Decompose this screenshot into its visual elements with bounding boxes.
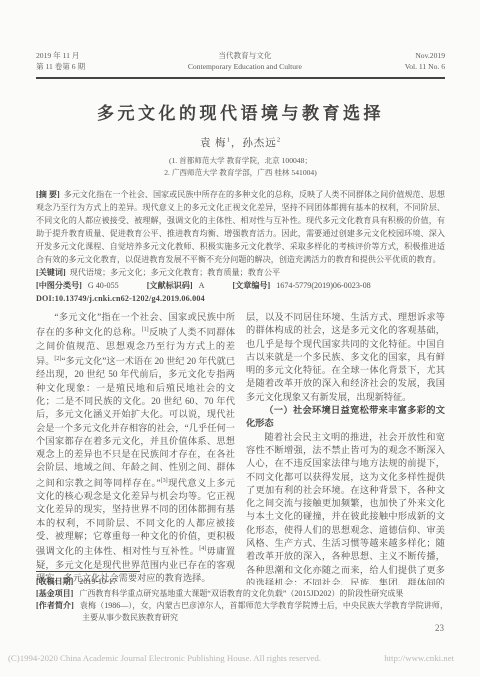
doi: DOI:10.13749/j.cnki.cn62-1202/g4.2019.06… (36, 292, 445, 305)
abstract-text: 多元文化指在一个社会、国家或民族中所存在的多种文化的总称，反映了人类不同群体之间… (36, 190, 445, 264)
subsection-heading-1: （一）社会环境日益宽松带来丰富多彩的文化形态 (246, 404, 445, 431)
footnote-divider (36, 571, 140, 572)
abstract: [摘 要]多元文化指在一个社会、国家或民族中所存在的多种文化的总称，反映了人类不… (36, 188, 445, 266)
paragraph-3: 随着社会民主文明的推进，社会开放性和宽容性不断增强，法不禁止皆可为的观念不断深入… (246, 431, 445, 585)
author-name-2: 孙杰远 (242, 138, 277, 149)
journal-volume-en: Vol. 11 No. 6 (405, 61, 445, 72)
journal-title-en: Contemporary Education and Culture (188, 61, 302, 72)
article-meta: [摘 要]多元文化指在一个社会、国家或民族中所存在的多种文化的总称，反映了人类不… (36, 188, 445, 305)
footnote-received-date: [收稿日期] 2019-10-17 (36, 576, 448, 588)
footnote-fund-project: [基金项目] 广西教育科学重点研究基地重大课题“双语教育的文化负载”（2015J… (36, 588, 448, 600)
citation-ref-1: [1] (142, 327, 149, 333)
footnote-block: [收稿日期] 2019-10-17 [基金项目] 广西教育科学重点研究基地重大课… (36, 571, 448, 624)
journal-issue-info-cn: 2019 年 11 月 第 11 卷第 6 期 (36, 50, 85, 72)
journal-issue-info-en: Nov.2019 Vol. 11 No. 6 (405, 50, 445, 72)
page-content: 2019 年 11 月 第 11 卷第 6 期 当代教育与文化 Contempo… (36, 50, 445, 585)
author-separator: ， (231, 138, 243, 149)
citation-ref-3: [3] (161, 478, 168, 484)
cnki-url: http://www.cnki.net (384, 653, 454, 663)
abstract-label: [摘 要] (36, 190, 60, 199)
copyright-watermark: (C)1994-2020 China Academic Journal Elec… (8, 653, 454, 663)
journal-volume-cn: 第 11 卷第 6 期 (36, 61, 85, 72)
page-number: 23 (435, 623, 444, 633)
author-affil-mark-2: 2 (277, 137, 281, 144)
author-affiliations: (1. 首都师范大学 教育学院，北京 100048； 2. 广西师范大学 教育学… (36, 155, 445, 179)
left-column: “多元文化”指在一个社会、国家或民族中所存在的多种文化的总称。[1]反映了人类不… (36, 311, 235, 585)
affiliation-line-1: (1. 首都师范大学 教育学院，北京 100048； (36, 155, 445, 167)
journal-date-cn: 2019 年 11 月 (36, 50, 85, 61)
document-code: [文献标识码] A (147, 279, 205, 292)
author-name-1: 袁 梅 (200, 138, 227, 149)
author-line: 袁 梅1，孙杰远2 (36, 135, 445, 150)
copyright-text: (C)1994-2020 China Academic Journal Elec… (8, 653, 321, 663)
body-columns: “多元文化”指在一个社会、国家或民族中所存在的多种文化的总称。[1]反映了人类不… (36, 311, 445, 585)
paragraph-2-continued: 层，以及不同居住环境、生活方式、理想诉求等的群体构成的社会，这是多元文化的客观基… (246, 311, 445, 404)
article-id: [文章编号] 1674-5779(2019)06-0023-08 (232, 279, 370, 292)
journal-name: 当代教育与文化 Contemporary Education and Cultu… (188, 50, 302, 72)
paragraph-1: “多元文化”指在一个社会、国家或民族中所存在的多种文化的总称。[1]反映了人类不… (36, 311, 235, 585)
article-title: 多元文化的现代语境与教育选择 (36, 99, 445, 124)
right-column: 层，以及不同居住环境、生活方式、理想诉求等的群体构成的社会，这是多元文化的客观基… (246, 311, 445, 585)
keywords-text: 现代语境；多元文化；多元文化教育；教育质量；教育公平 (70, 268, 280, 277)
clc-number: [中图分类号] G 40-055 (36, 279, 119, 292)
footnote-author-bio: [作者简介] 袁梅（1986—），女，内蒙古巴彦淖尔人，首都师范大学教育学院博士… (36, 600, 448, 624)
journal-title-cn: 当代教育与文化 (188, 50, 302, 61)
journal-header: 2019 年 11 月 第 11 卷第 6 期 当代教育与文化 Contempo… (36, 50, 445, 79)
keywords: [关键词]现代语境；多元文化；多元文化教育；教育质量；教育公平 (36, 266, 445, 279)
keywords-label: [关键词] (36, 268, 66, 277)
journal-date-en: Nov.2019 (405, 50, 445, 61)
classification-line: [中图分类号] G 40-055 [文献标识码] A [文章编号] 1674-5… (36, 279, 445, 292)
affiliation-line-2: 2. 广西师范大学 教育学部，广西 桂林 541004) (36, 167, 445, 179)
